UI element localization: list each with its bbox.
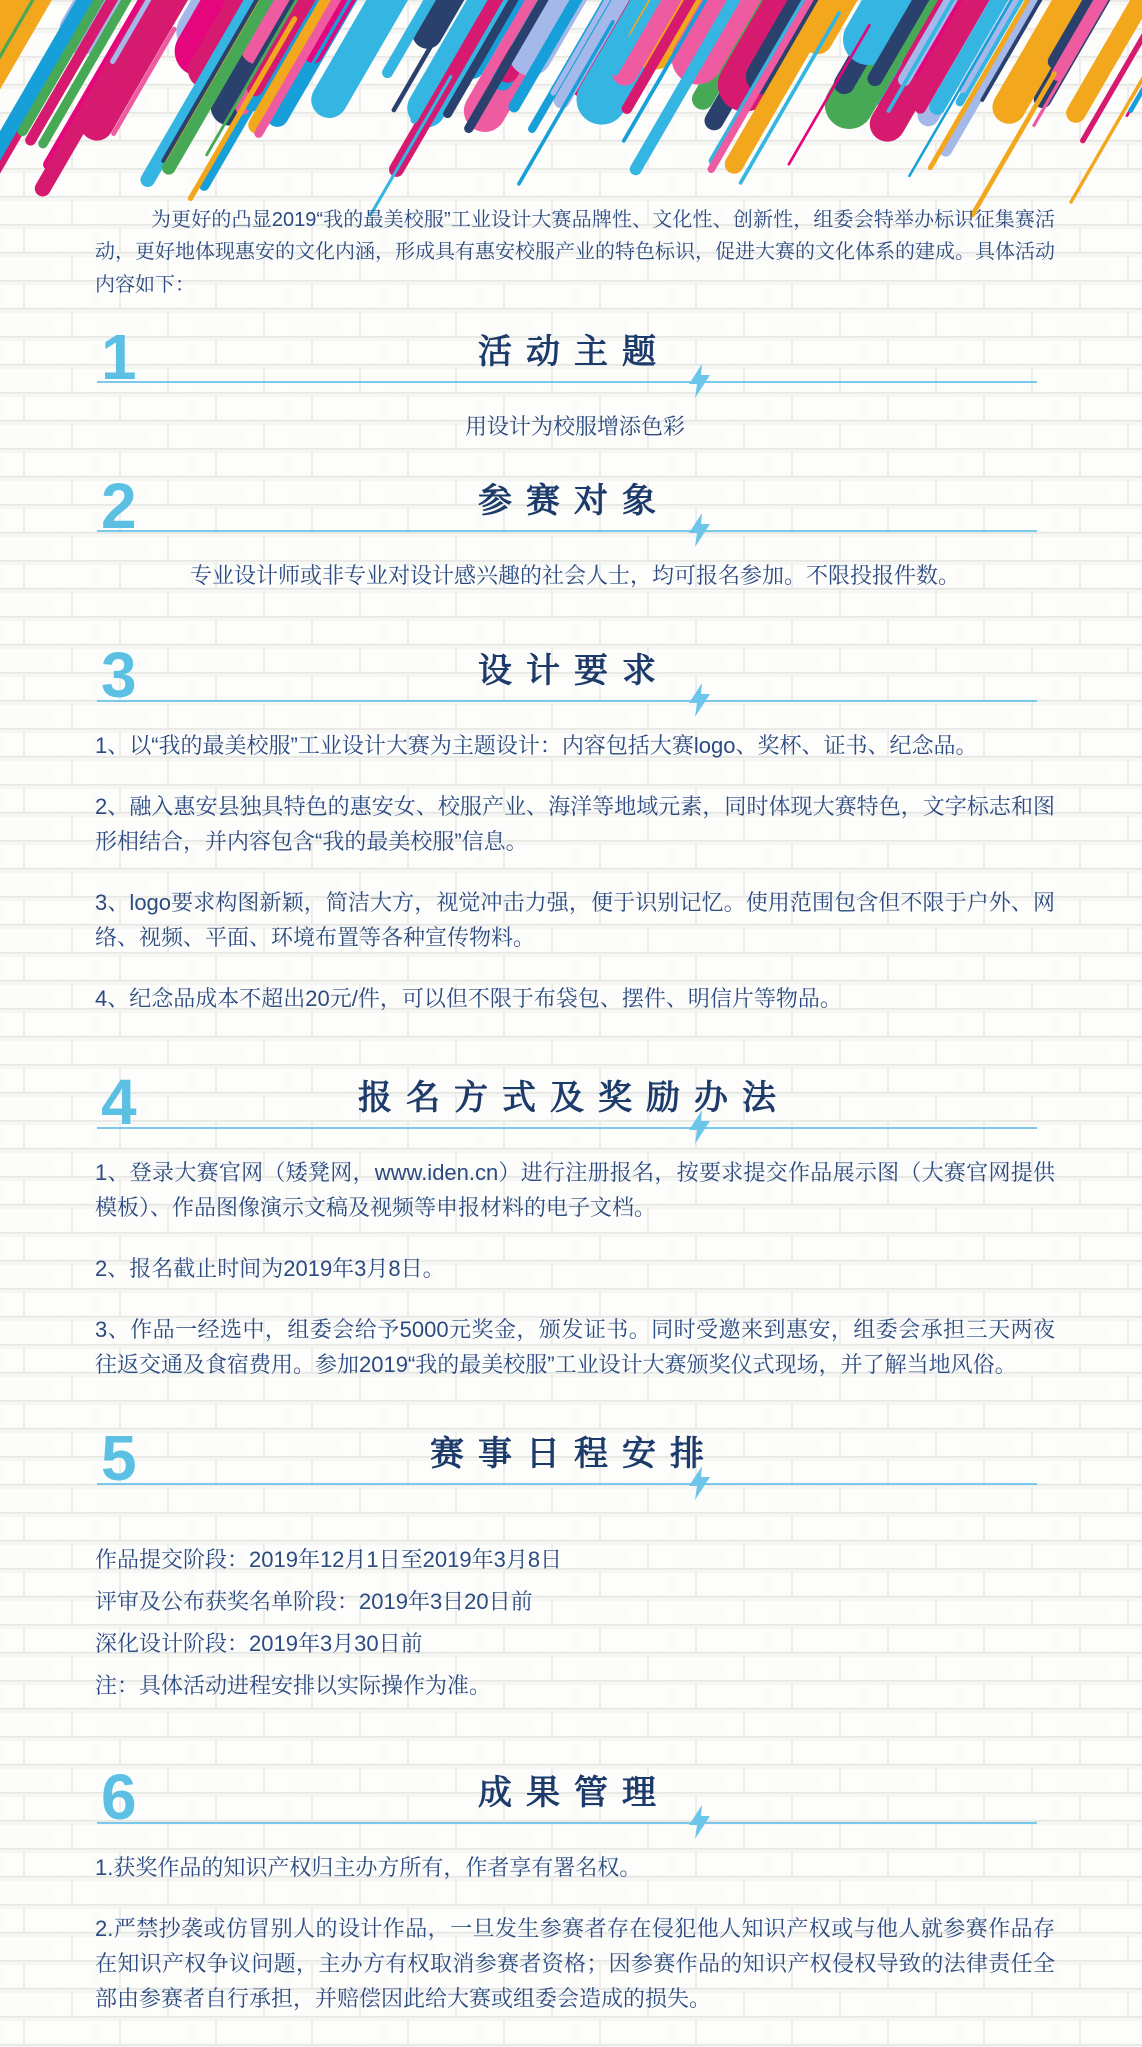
section: 6 成果管理 1.获奖作品的知识产权归主办方所有，作者享有署名权。2.严禁抄袭或… [95, 1752, 1055, 2017]
section-paragraph: 用设计为校服增添色彩 [95, 409, 1055, 444]
section-paragraph: 2、报名截止时间为2019年3月8日。 [95, 1251, 1055, 1286]
section-header: 5 赛事日程安排 [97, 1413, 1037, 1485]
content: 为更好的凸显2019“我的最美校服”工业设计大赛品牌性、文化性、创新性，组委会特… [0, 0, 1142, 2016]
section-title: 设计要求 [97, 643, 1037, 692]
section: 1 活动主题 用设计为校服增添色彩 [95, 311, 1055, 444]
section-body: 1.获奖作品的知识产权归主办方所有，作者享有署名权。2.严禁抄袭或仿冒别人的设计… [95, 1850, 1055, 2017]
section-paragraph: 专业设计师或非专业对设计感兴趣的社会人士，均可报名参加。不限投报件数。 [95, 558, 1055, 593]
section-paragraph: 作品提交阶段：2019年12月1日至2019年3月8日 [95, 1539, 1055, 1581]
section-paragraph: 1、登录大赛官网（矮凳网，www.iden.cn）进行注册报名，按要求提交作品展… [95, 1155, 1055, 1225]
section-body: 1、以“我的最美校服”工业设计大赛为主题设计：内容包括大赛logo、奖杯、证书、… [95, 728, 1055, 1017]
section-paragraph: 1.获奖作品的知识产权归主办方所有，作者享有署名权。 [95, 1850, 1055, 1885]
sections: 1 活动主题 用设计为校服增添色彩 2 参赛对象 专业设计师或非专业对设计感兴趣… [95, 311, 1055, 2016]
lightning-bolt-icon [689, 1110, 710, 1144]
section-body: 专业设计师或非专业对设计感兴趣的社会人士，均可报名参加。不限投报件数。 [95, 558, 1055, 593]
section-body: 1、登录大赛官网（矮凳网，www.iden.cn）进行注册报名，按要求提交作品展… [95, 1155, 1055, 1383]
section-title: 赛事日程安排 [97, 1426, 1037, 1475]
section-title: 报名方式及奖励办法 [97, 1070, 1037, 1119]
section: 3 设计要求 1、以“我的最美校服”工业设计大赛为主题设计：内容包括大赛logo… [95, 630, 1055, 1017]
lightning-bolt-icon [689, 364, 710, 398]
section-title: 成果管理 [97, 1765, 1037, 1814]
section: 5 赛事日程安排 作品提交阶段：2019年12月1日至2019年3月8日评审及公… [95, 1413, 1055, 1708]
section-title: 参赛对象 [97, 473, 1037, 522]
lightning-bolt-icon [689, 513, 710, 547]
section: 4 报名方式及奖励办法 1、登录大赛官网（矮凳网，www.iden.cn）进行注… [95, 1057, 1055, 1383]
lightning-bolt-icon [689, 1466, 710, 1500]
section-body: 作品提交阶段：2019年12月1日至2019年3月8日评审及公布获奖名单阶段：2… [95, 1539, 1055, 1708]
section-paragraph: 3、作品一经选中，组委会给予5000元奖金，颁发证书。同时受邀来到惠安，组委会承… [95, 1312, 1055, 1382]
section-header: 2 参赛对象 [97, 460, 1037, 532]
section-paragraph: 3、logo要求构图新颖，简洁大方，视觉冲击力强，便于识别记忆。使用范围包含但不… [95, 885, 1055, 955]
section: 2 参赛对象 专业设计师或非专业对设计感兴趣的社会人士，均可报名参加。不限投报件… [95, 460, 1055, 593]
section-header: 1 活动主题 [97, 311, 1037, 383]
lightning-bolt-icon [689, 683, 710, 717]
section-paragraph: 深化设计阶段：2019年3月30日前 [95, 1623, 1055, 1665]
section-paragraph: 注：具体活动进程安排以实际操作为准。 [95, 1665, 1055, 1707]
section-header: 6 成果管理 [97, 1752, 1037, 1824]
intro-paragraph: 为更好的凸显2019“我的最美校服”工业设计大赛品牌性、文化性、创新性，组委会特… [95, 204, 1055, 301]
section-paragraph: 4、纪念品成本不超出20元/件，可以但不限于布袋包、摆件、明信片等物品。 [95, 981, 1055, 1016]
section-body: 用设计为校服增添色彩 [95, 409, 1055, 444]
poster-page: 为更好的凸显2019“我的最美校服”工业设计大赛品牌性、文化性、创新性，组委会特… [0, 0, 1142, 2047]
section-header: 4 报名方式及奖励办法 [97, 1057, 1037, 1129]
section-header: 3 设计要求 [97, 630, 1037, 702]
section-title: 活动主题 [97, 324, 1037, 373]
section-paragraph: 评审及公布获奖名单阶段：2019年3日20日前 [95, 1581, 1055, 1623]
lightning-bolt-icon [689, 1805, 710, 1839]
section-paragraph: 1、以“我的最美校服”工业设计大赛为主题设计：内容包括大赛logo、奖杯、证书、… [95, 728, 1055, 763]
section-paragraph: 2、融入惠安县独具特色的惠安女、校服产业、海洋等地域元素，同时体现大赛特色，文字… [95, 789, 1055, 859]
section-paragraph: 2.严禁抄袭或仿冒别人的设计作品，一旦发生参赛者存在侵犯他人知识产权或与他人就参… [95, 1911, 1055, 2017]
